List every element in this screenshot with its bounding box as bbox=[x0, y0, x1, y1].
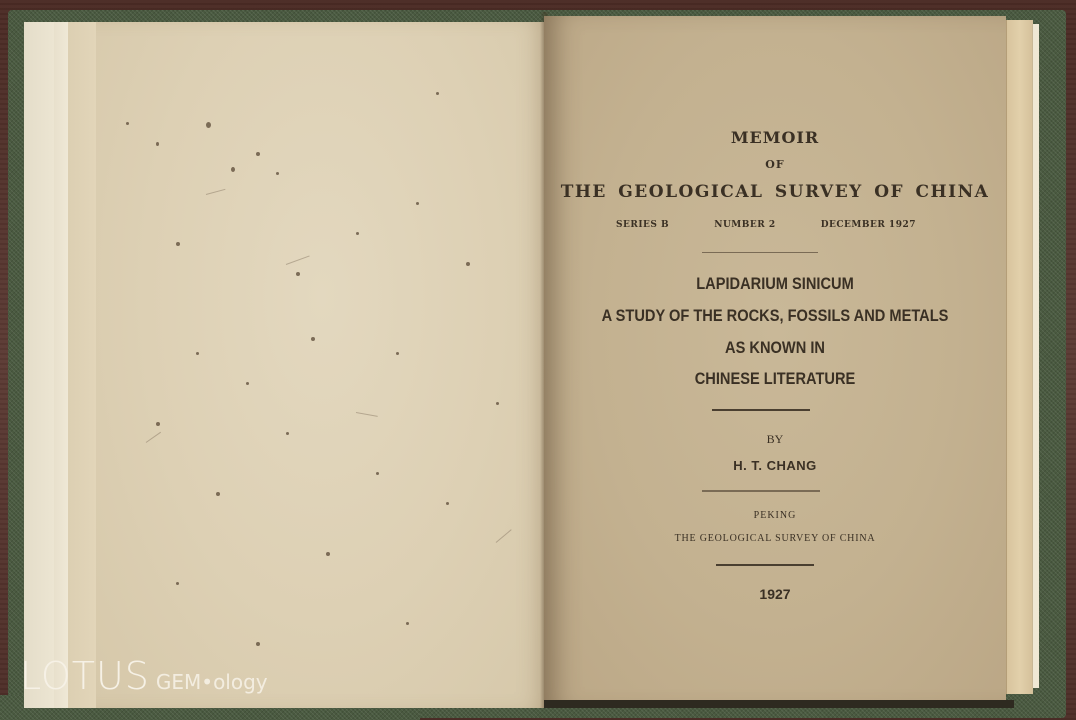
by-label: BY bbox=[544, 432, 1006, 447]
date-label: DECEMBER 1927 bbox=[821, 220, 916, 230]
memoir-heading: MEMOIR bbox=[544, 128, 1006, 147]
page-edge bbox=[24, 22, 55, 708]
book-subtitle-line: A STUDY OF THE ROCKS, FOSSILS AND METALS bbox=[576, 306, 973, 326]
page-block-edge bbox=[1006, 20, 1033, 694]
book-bottom-edge bbox=[544, 700, 1014, 708]
page-edge bbox=[68, 22, 97, 708]
title-page-block: MEMOIR OF THE GEOLOGICAL SURVEY OF CHINA… bbox=[544, 16, 1034, 706]
publisher-name: THE GEOLOGICAL SURVEY OF CHINA bbox=[544, 533, 1006, 544]
page-block-edge bbox=[1032, 24, 1039, 688]
series-label: SERIES B bbox=[616, 220, 669, 230]
author-name: H. T. CHANG bbox=[544, 458, 1006, 473]
left-endpaper-stack bbox=[24, 22, 548, 708]
place-label: PEKING bbox=[544, 510, 1006, 521]
series-info-row: SERIES B NUMBER 2 DECEMBER 1927 bbox=[616, 220, 916, 230]
page-edge bbox=[54, 22, 69, 708]
number-label: NUMBER 2 bbox=[714, 220, 775, 230]
divider-rule bbox=[702, 252, 818, 253]
institution-name: THE GEOLOGICAL SURVEY OF CHINA bbox=[544, 182, 1006, 202]
watermark-sub: GEM•ology bbox=[156, 670, 268, 694]
divider-rule bbox=[716, 564, 814, 566]
book-subtitle-line: CHINESE LITERATURE bbox=[576, 369, 973, 389]
blank-endpaper-page bbox=[96, 22, 548, 708]
divider-rule bbox=[712, 409, 810, 411]
of-label: OF bbox=[544, 158, 1006, 171]
title-page: MEMOIR OF THE GEOLOGICAL SURVEY OF CHINA… bbox=[544, 16, 1006, 706]
book-subtitle-line: AS KNOWN IN bbox=[576, 338, 973, 358]
book-title: LAPIDARIUM SINICUM bbox=[576, 274, 973, 294]
watermark-brand: LOTUS bbox=[20, 654, 150, 698]
lotus-gemology-watermark: LOTUSGEM•ology bbox=[20, 654, 268, 698]
divider-rule bbox=[702, 490, 820, 492]
publication-year: 1927 bbox=[544, 586, 1006, 602]
